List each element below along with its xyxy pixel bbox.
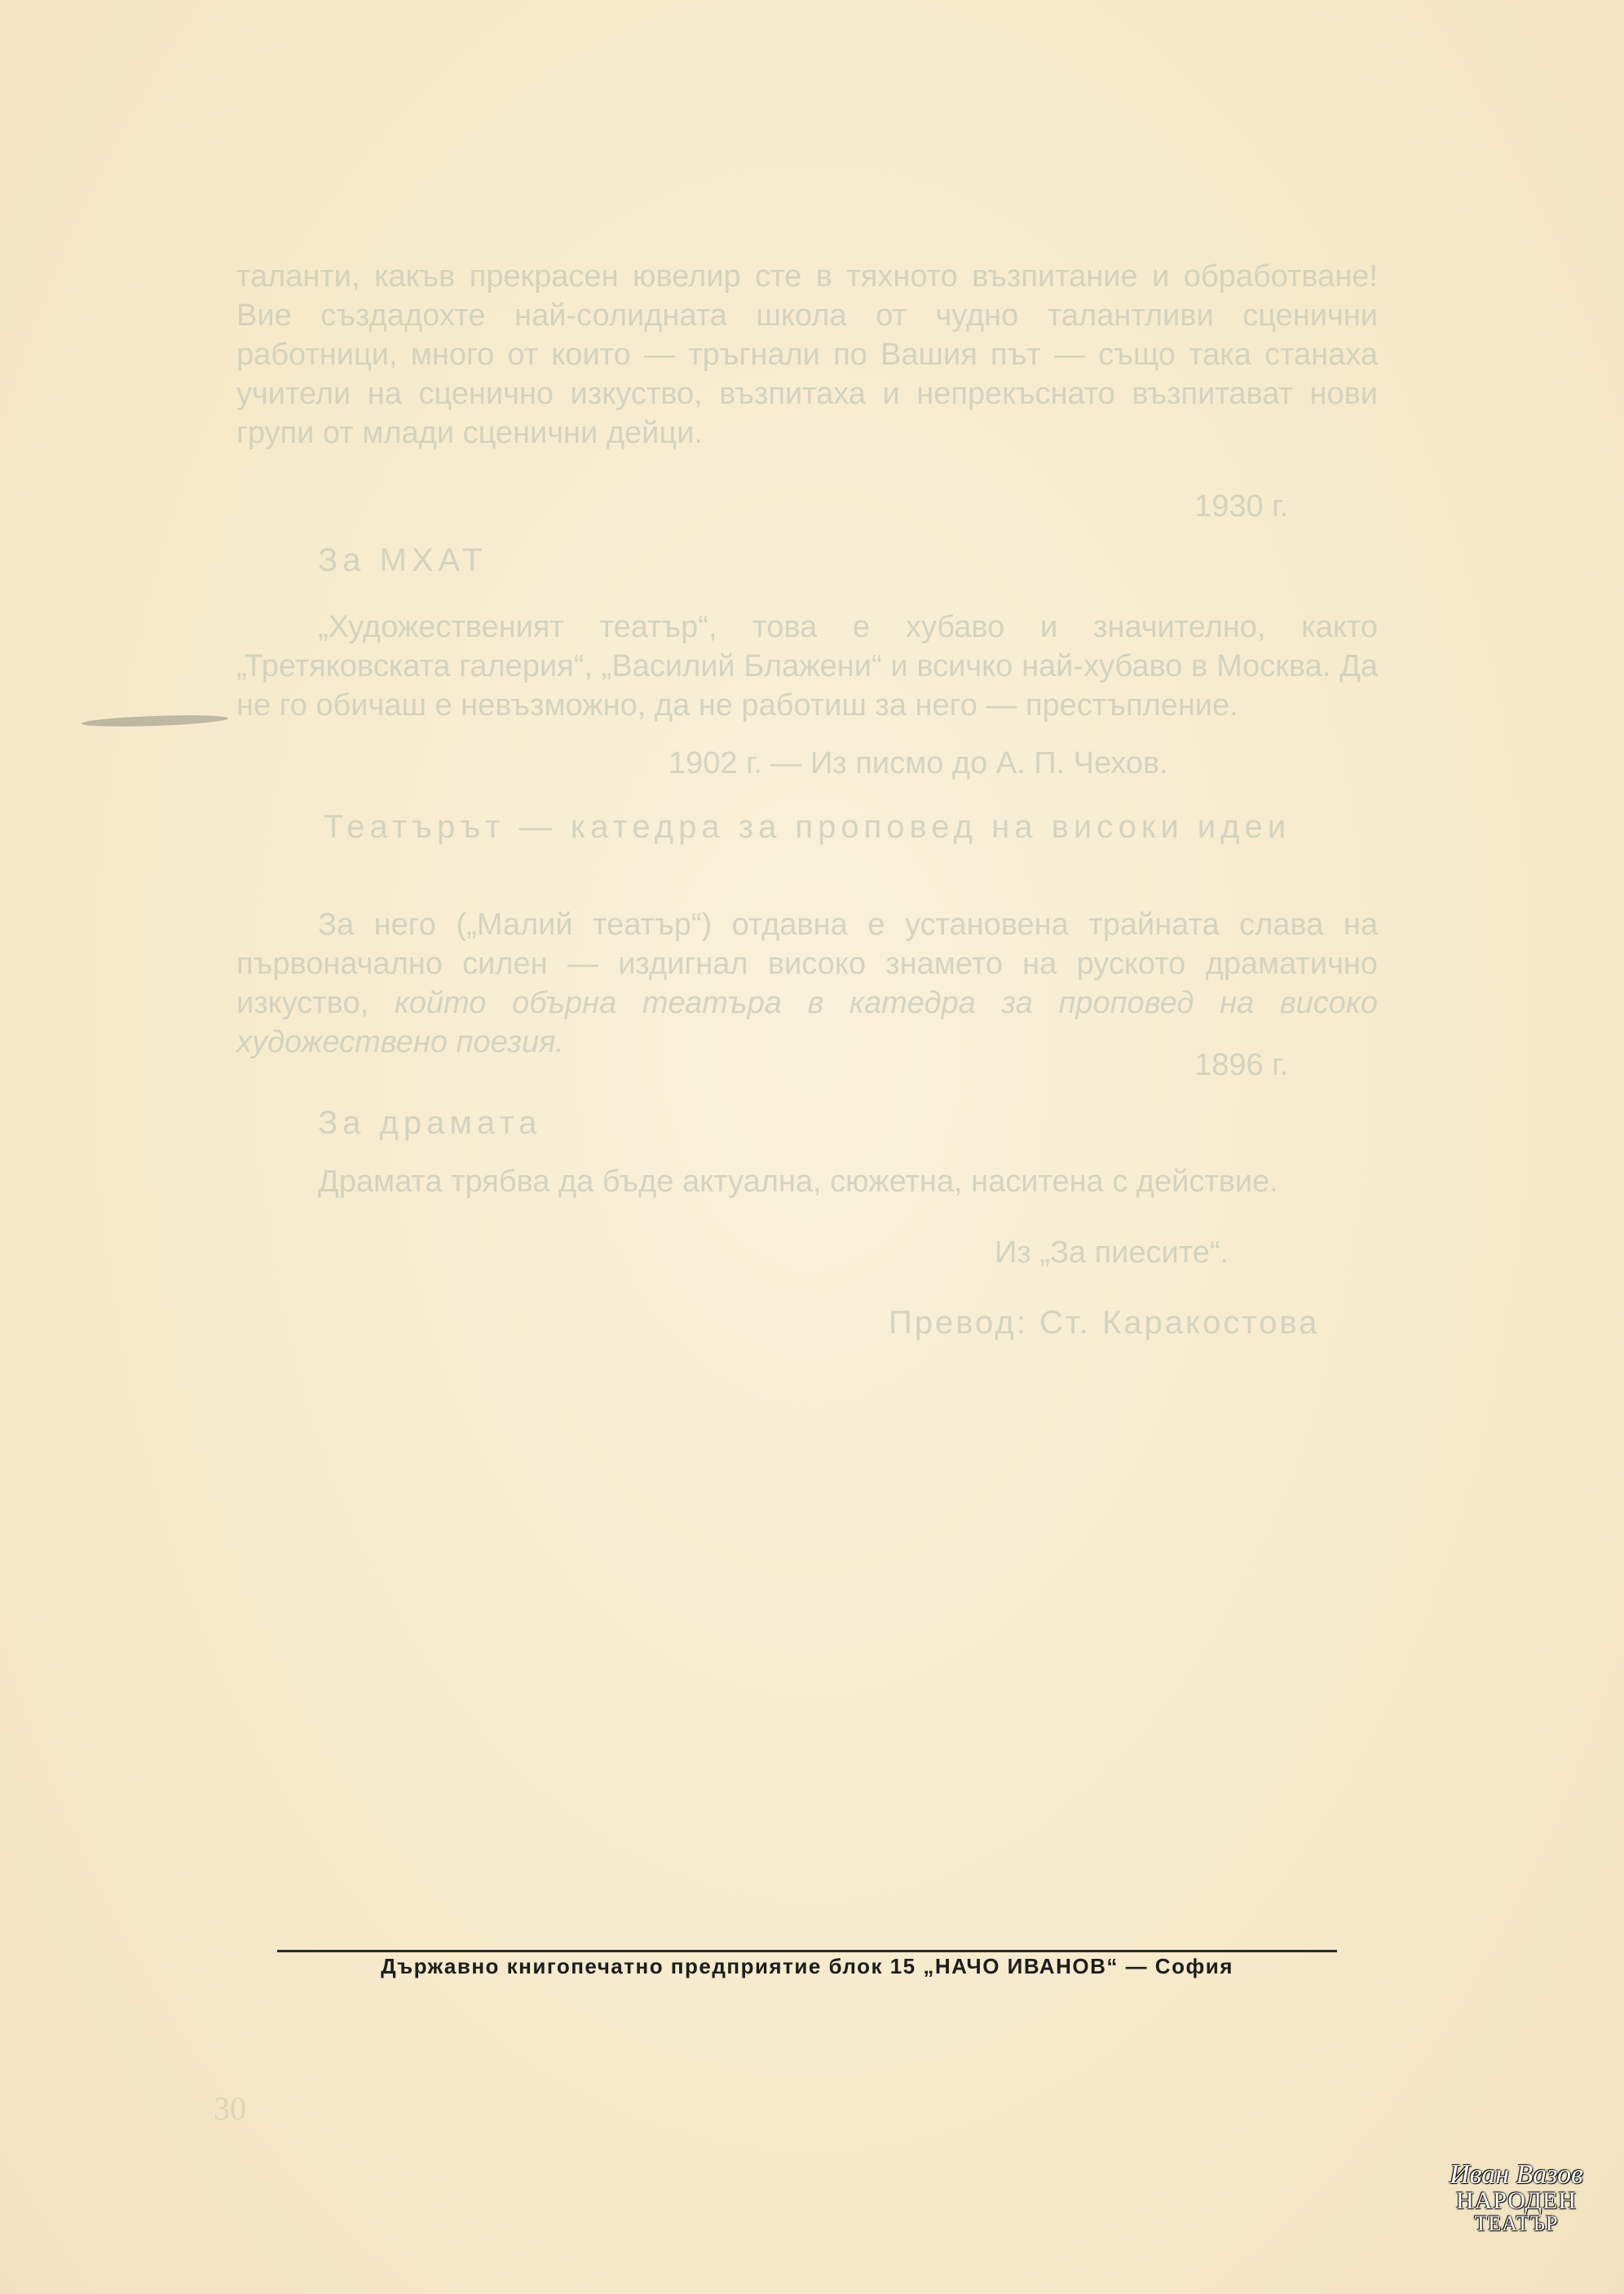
bleed-source-4: Из „За пиесите“. [995, 1235, 1229, 1271]
bleed-paragraph-4: Драмата трябва да бъде актуална, сюжетна… [236, 1162, 1378, 1201]
logo-line-2: ТЕАТЪР [1447, 2213, 1586, 2234]
bleed-heading-mhat: За МХАТ [318, 542, 488, 579]
bleed-paragraph-3: За него („Малий театър“) отдавна е устан… [236, 905, 1378, 1062]
bleed-date-1: 1930 г. [978, 489, 1288, 524]
scanned-page: таланти, какъв прекрасен ювелир сте в тя… [0, 0, 1624, 2294]
bleed-heading-drama: За драмата [318, 1105, 541, 1142]
page-number: 30 [214, 2089, 246, 2128]
bleed-heading-theatre: Театърът — катедра за проповед на високи… [318, 807, 1296, 846]
logo-script: Иван Вазов [1447, 2161, 1586, 2189]
national-theatre-logo: Иван Вазов НАРОДЕН ТЕАТЪР [1447, 2161, 1586, 2234]
ink-smudge [82, 714, 228, 728]
bleed-translator: Превод: Ст. Каракостова [889, 1305, 1319, 1341]
bleed-paragraph-1: таланти, какъв прекрасен ювелир сте в тя… [236, 257, 1378, 453]
footer-rule [277, 1950, 1337, 1952]
printer-imprint: Държавно книгопечатно предприятие блок 1… [269, 1954, 1345, 1979]
logo-line-1: НАРОДЕН [1447, 2189, 1586, 2213]
bleed-date-2: 1902 г. — Из писмо до А. П. Чехов. [669, 746, 1168, 781]
bleed-paragraph-2: „Художественият театър“, това е хубаво и… [236, 608, 1378, 725]
bleed-date-3: 1896 г. [978, 1048, 1288, 1083]
